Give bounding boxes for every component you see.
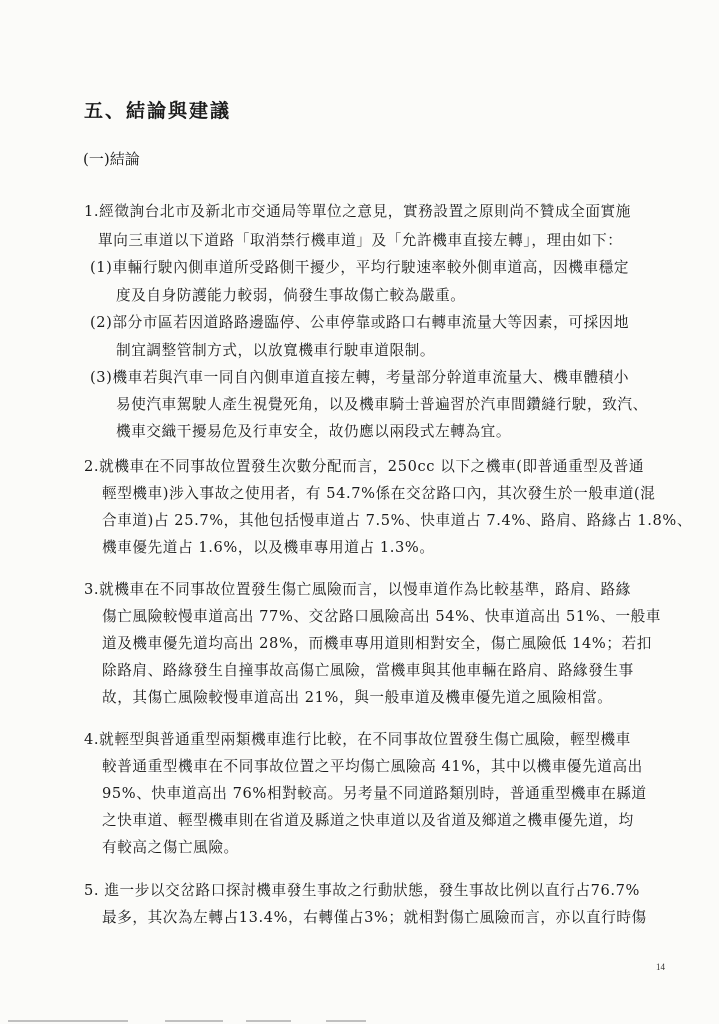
- item-2-line-3: 合車道)占 25.7%，其他包括慢車道占 7.5%、快車道占 7.4%、路肩、路…: [102, 511, 692, 531]
- item-5-line-1: 5. 進一步以交岔路口探討機車發生事故之行動狀態，發生事故比例以直行占76.7%: [84, 881, 640, 901]
- item-3-line-4: 除路肩、路緣發生自撞事故高傷亡風險，當機車與其他車輛在路肩、路緣發生事: [102, 661, 634, 681]
- item-4-line-1: 4.就輕型與普通重型兩類機車進行比較，在不同事故位置發生傷亡風險，輕型機車: [84, 730, 631, 750]
- item-1-sub-2-line-1: (2)部分市區若因道路路邊臨停、公車停靠或路口右轉車流量大等因素，可採因地: [90, 313, 629, 333]
- item-1-sub-3-line-3: 機車交織干擾易危及行車安全，故仍應以兩段式左轉為宜。: [116, 422, 511, 442]
- section-title: 五、結論與建議: [84, 96, 231, 123]
- item-5-line-2: 最多，其次為左轉占13.4%，右轉僅占3%；就相對傷亡風險而言，亦以直行時傷: [102, 908, 647, 928]
- scan-artifact-line: [165, 1020, 223, 1022]
- item-1-sub-3-line-1: (3)機車若與汽車一同自內側車道直接左轉，考量部分幹道車流量大、機車體積小: [90, 368, 629, 388]
- scan-artifact-line: [8, 1020, 128, 1022]
- item-1-sub-3-line-2: 易使汽車駕駛人產生視覺死角，以及機車騎士普遍習於汽車間鑽縫行駛，致汽、: [116, 395, 648, 415]
- item-2-line-2: 輕型機車)涉入事故之使用者，有 54.7%係在交岔路口內，其次發生於一般車道(混: [102, 484, 655, 504]
- item-4-line-2: 較普通重型機車在不同事故位置之平均傷亡風險高 41%，其中以機車優先道高出: [102, 757, 643, 777]
- document-page: 五、結論與建議 (一)結論 1.經徵詢台北市及新北市交通局等單位之意見，實務設置…: [0, 0, 719, 1024]
- item-4-line-4: 之快車道、輕型機車則在省道及縣道之快車道以及省道及鄉道之機車優先道，均: [102, 811, 634, 831]
- item-3-line-5: 故，其傷亡風險較慢車道高出 21%，與一般車道及機車優先道之風險相當。: [102, 688, 613, 708]
- item-1-line-1: 1.經徵詢台北市及新北市交通局等單位之意見，實務設置之原則尚不贊成全面實施: [84, 202, 631, 222]
- item-3-line-1: 3.就機車在不同事故位置發生傷亡風險而言，以慢車道作為比較基準，路肩、路緣: [84, 580, 631, 600]
- item-4-line-3: 95%、快車道高出 76%相對較高。另考量不同道路類別時，普通重型機車在縣道: [102, 784, 647, 804]
- item-3-line-2: 傷亡風險較慢車道高出 77%、交岔路口風險高出 54%、快車道高出 51%、一般…: [102, 607, 661, 627]
- item-1-sub-1-line-2: 度及自身防護能力較弱，倘發生事故傷亡較為嚴重。: [116, 286, 465, 306]
- item-2-line-1: 2.就機車在不同事故位置發生次數分配而言，250cc 以下之機車(即普通重型及普…: [84, 457, 644, 477]
- subsection-title: (一)結論: [83, 148, 140, 169]
- item-1-line-2: 單向三車道以下道路「取消禁行機車道」及「允許機車直接左轉」，理由如下：: [98, 231, 622, 251]
- item-3-line-3: 道及機車優先道均高出 28%，而機車專用道則相對安全，傷亡風險低 14%；若扣: [102, 634, 652, 654]
- page-number: 14: [656, 962, 665, 972]
- item-1-sub-2-line-2: 制宜調整管制方式，以放寬機車行駛車道限制。: [116, 341, 435, 361]
- scan-artifact-line: [326, 1020, 366, 1022]
- scan-artifact-line: [246, 1020, 291, 1022]
- item-4-line-5: 有較高之傷亡風險。: [102, 838, 239, 858]
- item-2-line-4: 機車優先道占 1.6%，以及機車專用道占 1.3%。: [102, 538, 435, 558]
- item-1-sub-1-line-1: (1)車輛行駛內側車道所受路側干擾少，平均行駛速率較外側車道高，因機車穩定: [90, 258, 629, 278]
